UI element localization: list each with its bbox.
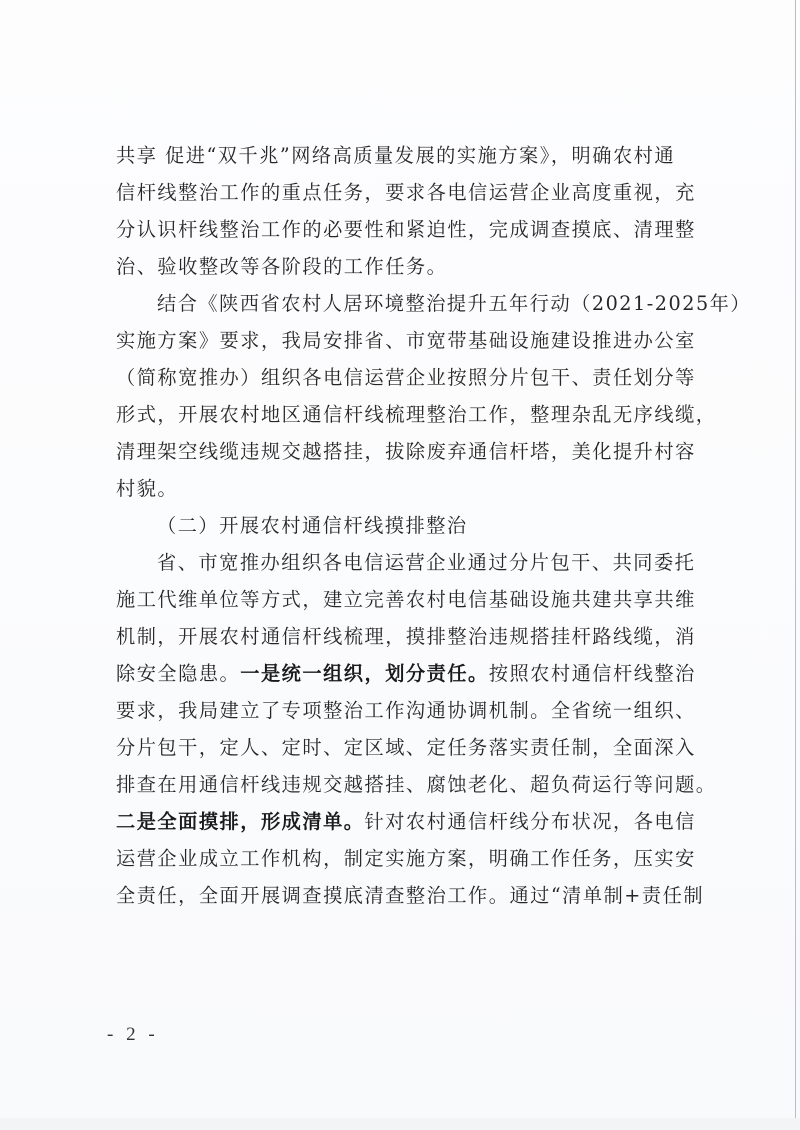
paragraph-line-rich: 除安全隐患。一是统一组织，划分责任。按照农村通信杆线整治 bbox=[116, 655, 700, 692]
text-run: 针对农村通信杆线分布状况，各电信 bbox=[365, 810, 696, 833]
paragraph-line: 施工代维单位等方式，建立完善农村电信基础设施共建共享共维 bbox=[116, 581, 700, 618]
paragraph-line: 形式，开展农村地区通信杆线梳理整治工作，整理杂乱无序线缆， bbox=[116, 396, 700, 433]
paragraph-line: 共享 促进“双千兆”网络高质量发展的实施方案》，明确农村通 bbox=[116, 137, 700, 174]
paragraph-line: 运营企业成立工作机构，制定实施方案，明确工作任务，压实安 bbox=[116, 840, 700, 877]
paragraph-line-rich: 二是全面摸排，形成清单。针对农村通信杆线分布状况，各电信 bbox=[116, 803, 700, 840]
document-body: 共享 促进“双千兆”网络高质量发展的实施方案》，明确农村通 信杆线整治工作的重点… bbox=[116, 137, 700, 914]
paragraph-line: 信杆线整治工作的重点任务，要求各电信运营企业高度重视，充 bbox=[116, 174, 700, 211]
paragraph-line: 机制，开展农村通信杆线梳理，摸排整治违规搭挂杆路线缆，消 bbox=[116, 618, 700, 655]
page-bottom-margin bbox=[0, 1118, 800, 1130]
paragraph-line: 全责任，全面开展调查摸底清查整治工作。通过“清单制+责任制 bbox=[116, 877, 700, 914]
paragraph-line: 村貌。 bbox=[116, 470, 700, 507]
text-run: 除安全隐患。 bbox=[116, 662, 240, 685]
paragraph-line: （简称宽推办）组织各电信运营企业按照分片包干、责任划分等 bbox=[116, 359, 700, 396]
paragraph-line: 分片包干，定人、定时、定区域、定任务落实责任制，全面深入 bbox=[116, 729, 700, 766]
bold-key-point: 一是统一组织，划分责任。 bbox=[240, 662, 489, 685]
bold-key-point: 二是全面摸排，形成清单。 bbox=[116, 810, 365, 833]
text-run: 按照农村通信杆线整治 bbox=[489, 662, 696, 685]
paragraph-line: 实施方案》要求，我局安排省、市宽带基础设施建设推进办公室 bbox=[116, 322, 700, 359]
paragraph-line: 省、市宽推办组织各电信运营企业通过分片包干、共同委托 bbox=[116, 544, 700, 581]
paragraph-line: 清理架空线缆违规交越搭挂，拔除废弃通信杆塔，美化提升村容 bbox=[116, 433, 700, 470]
paragraph-line: 结合《陕西省农村人居环境整治提升五年行动（2021-2025年） bbox=[116, 285, 700, 322]
paragraph-line: 分认识杆线整治工作的必要性和紧迫性，完成调查摸底、清理整 bbox=[116, 211, 700, 248]
document-page: 共享 促进“双千兆”网络高质量发展的实施方案》，明确农村通 信杆线整治工作的重点… bbox=[0, 0, 800, 1130]
paragraph-line: 要求，我局建立了专项整治工作沟通协调机制。全省统一组织、 bbox=[116, 692, 700, 729]
section-heading: （二）开展农村通信杆线摸排整治 bbox=[116, 507, 700, 544]
page-number: - 2 - bbox=[107, 1024, 159, 1046]
page-edge-line bbox=[795, 0, 796, 1118]
paragraph-line: 排查在用通信杆线违规交越搭挂、腐蚀老化、超负荷运行等问题。 bbox=[116, 766, 700, 803]
paragraph-line: 治、验收整改等各阶段的工作任务。 bbox=[116, 248, 700, 285]
